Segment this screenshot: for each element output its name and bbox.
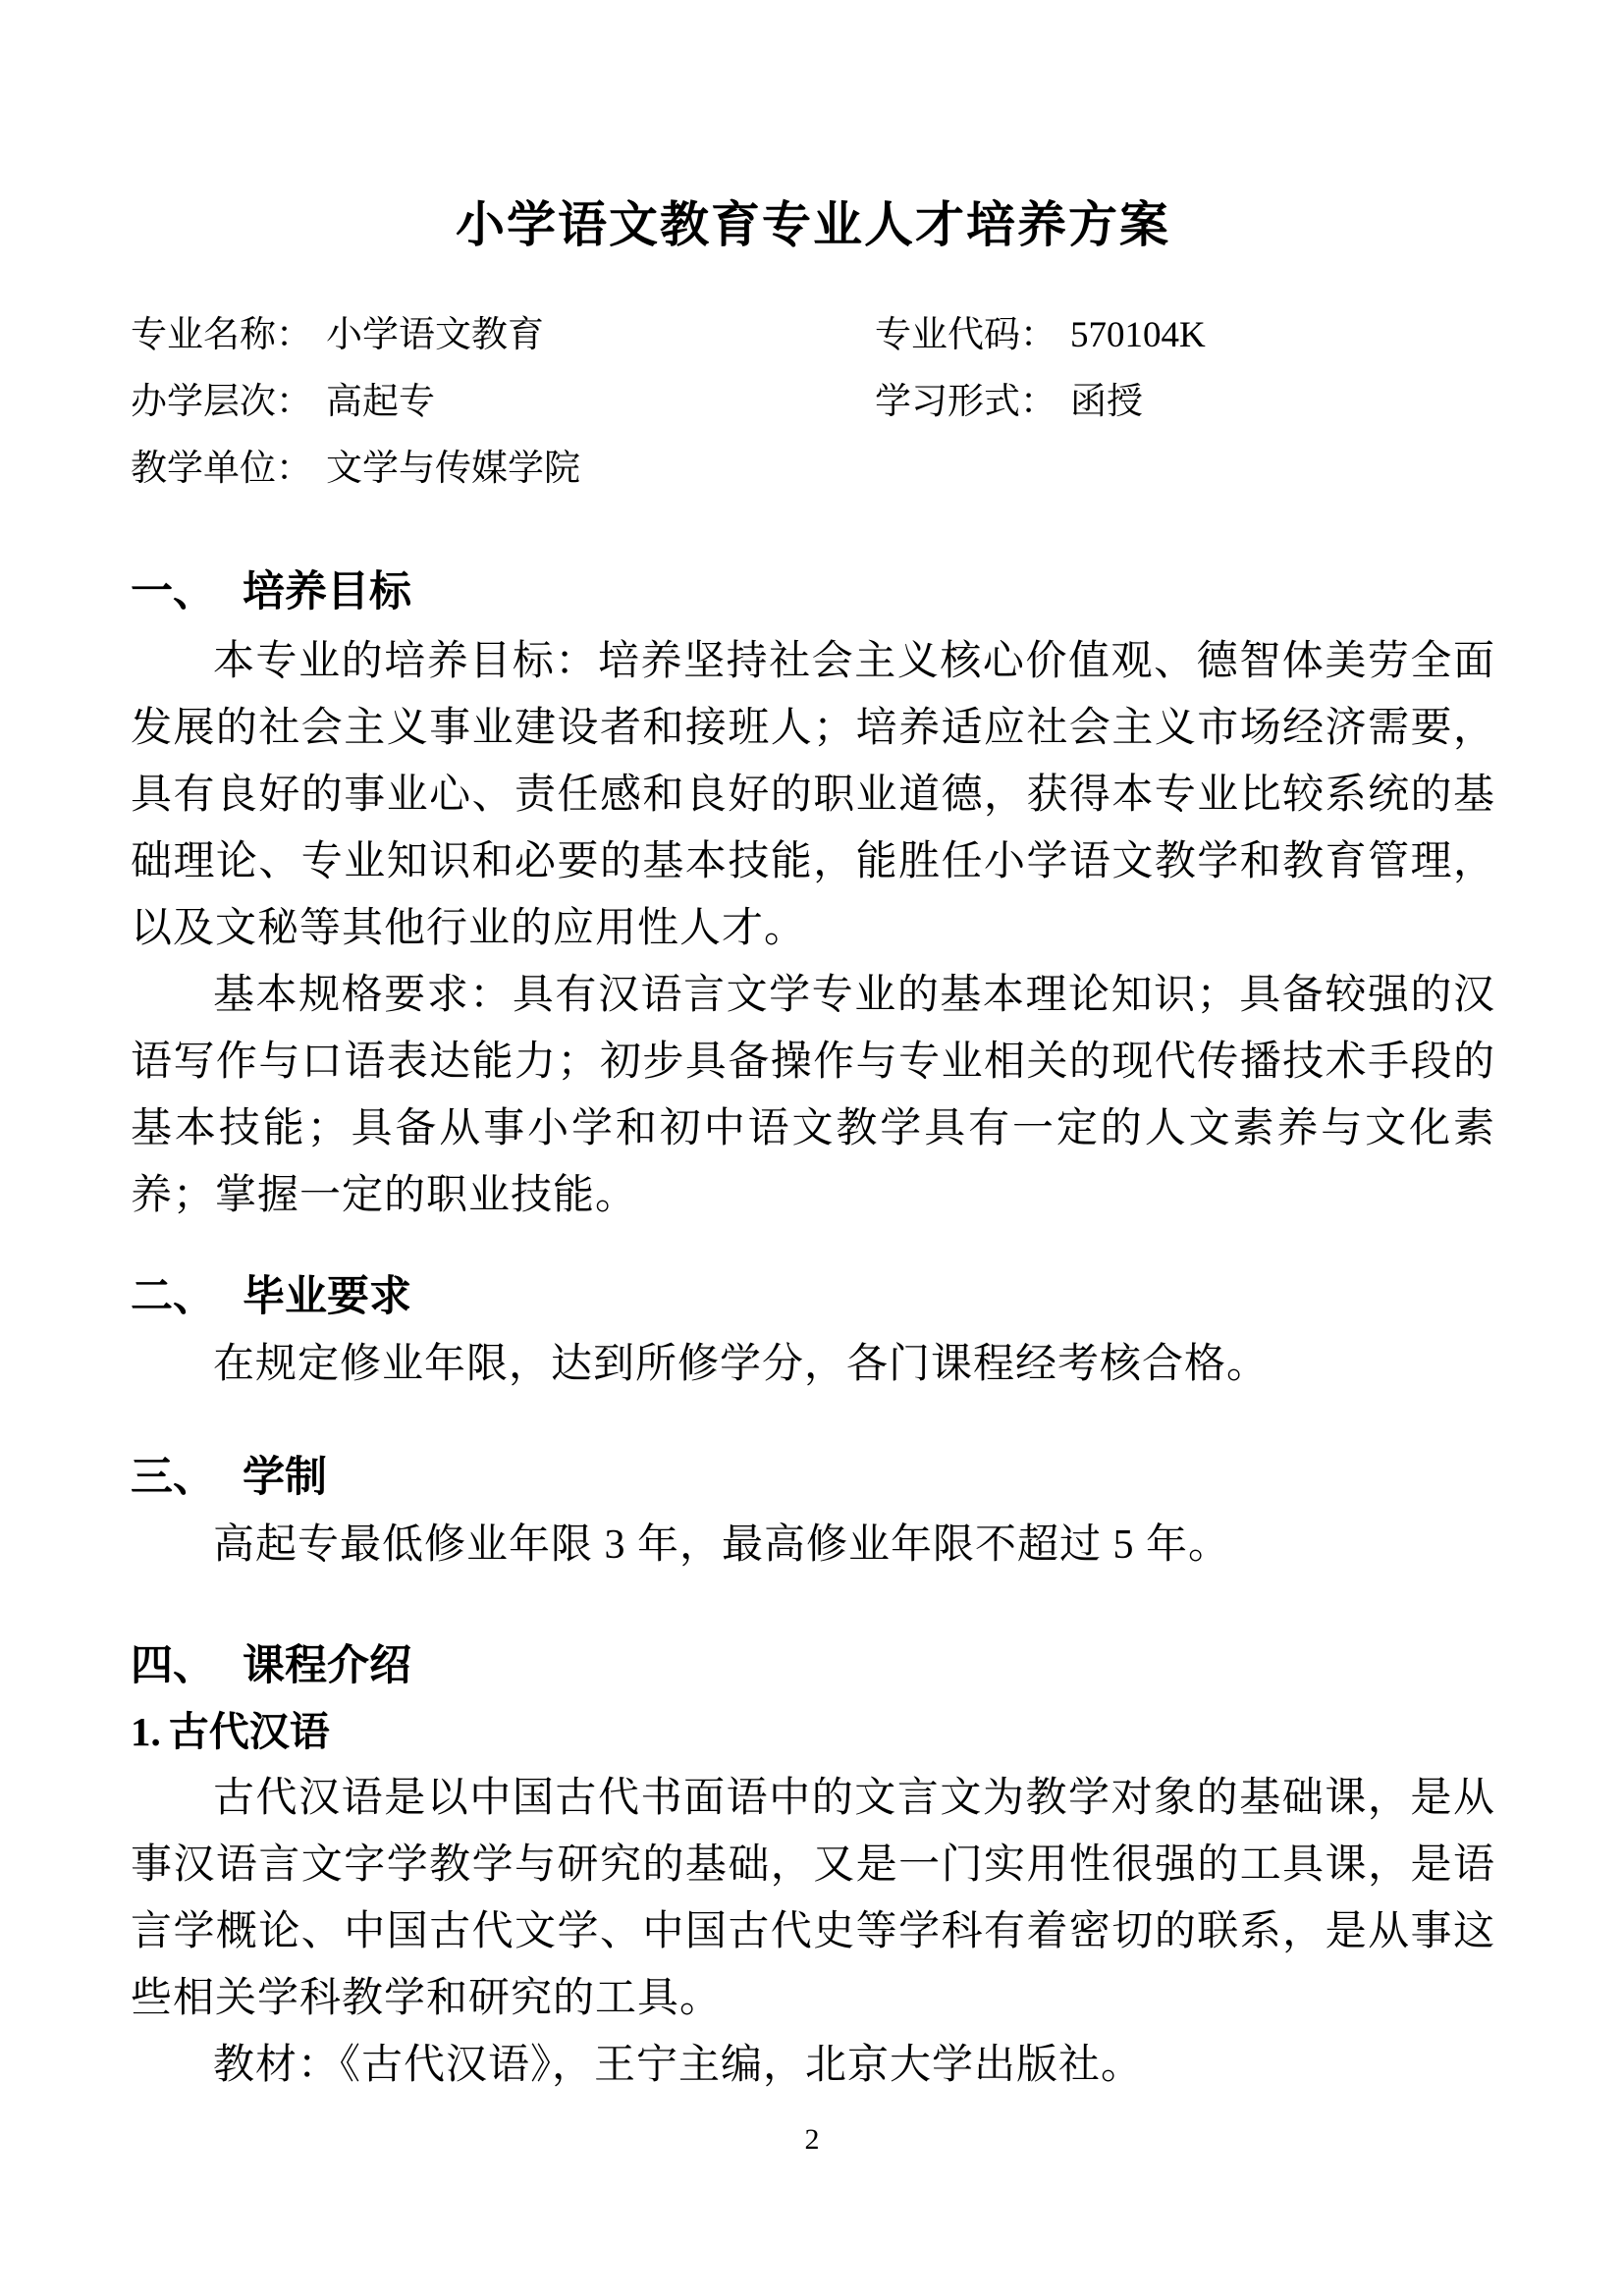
- training-objectives-paragraph-1: 本专业的培养目标：培养坚持社会主义核心价值观、德智体美劳全面发展的社会主义事业建…: [131, 628, 1495, 962]
- section-title: 学制: [243, 1454, 327, 1501]
- section-number: 一、: [131, 568, 215, 615]
- meta-level-value: 高起专: [326, 382, 435, 422]
- document-content: 小学语文教育专业人才培养方案 专业名称：小学语文教育 专业代码：570104K …: [131, 0, 1495, 2099]
- course-number: 1.: [131, 1709, 161, 1754]
- meta-level: 办学层次：高起专: [131, 369, 875, 436]
- section-title: 培养目标: [243, 568, 411, 615]
- meta-major-name-label: 专业名称：: [131, 315, 312, 355]
- section-title: 课程介绍: [243, 1642, 411, 1689]
- section-number: 三、: [131, 1454, 215, 1501]
- meta-row-3: 教学单位：文学与传媒学院: [131, 436, 1495, 503]
- meta-level-label: 办学层次：: [131, 382, 312, 422]
- section-number: 四、: [131, 1642, 215, 1689]
- meta-study-form-label: 学习形式：: [875, 382, 1056, 422]
- section-heading-graduation-requirements: 二、毕业要求: [131, 1268, 1495, 1325]
- section-heading-training-objectives: 一、培养目标: [131, 563, 1495, 620]
- page-number: 2: [0, 2120, 1624, 2160]
- meta-major-code-label: 专业代码：: [875, 315, 1056, 355]
- meta-teaching-unit-value: 文学与传媒学院: [326, 449, 580, 489]
- meta-block: 专业名称：小学语文教育 专业代码：570104K 办学层次：高起专 学习形式：函…: [131, 302, 1495, 503]
- training-objectives-paragraph-2: 基本规格要求：具有汉语言文学专业的基本理论知识；具备较强的汉语写作与口语表达能力…: [131, 962, 1495, 1229]
- document-title: 小学语文教育专业人才培养方案: [131, 194, 1495, 255]
- meta-major-code-value: 570104K: [1070, 315, 1206, 355]
- section-number: 二、: [131, 1273, 215, 1320]
- meta-major-code: 专业代码：570104K: [875, 302, 1206, 369]
- course-textbook-line: 教材：《古代汉语》，王宁主编，北京大学出版社。: [131, 2032, 1495, 2099]
- schooling-length-paragraph: 高起专最低修业年限 3 年，最高修业年限不超过 5 年。: [131, 1512, 1495, 1578]
- meta-study-form: 学习形式：函授: [875, 369, 1143, 436]
- section-heading-course-introduction: 四、课程介绍: [131, 1637, 1495, 1694]
- meta-major-name: 专业名称：小学语文教育: [131, 302, 875, 369]
- meta-study-form-value: 函授: [1070, 382, 1143, 422]
- meta-major-name-value: 小学语文教育: [326, 315, 544, 355]
- course-description-paragraph: 古代汉语是以中国古代书面语中的文言文为教学对象的基础课，是从事汉语言文字学教学与…: [131, 1765, 1495, 2032]
- document-page: 小学语文教育专业人才培养方案 专业名称：小学语文教育 专业代码：570104K …: [0, 0, 1624, 2296]
- graduation-requirements-paragraph: 在规定修业年限，达到所修学分，各门课程经考核合格。: [131, 1331, 1495, 1398]
- section-heading-schooling-length: 三、学制: [131, 1449, 1495, 1506]
- course-title-ancient-chinese: 1.古代汉语: [131, 1704, 1495, 1759]
- meta-row-2: 办学层次：高起专 学习形式：函授: [131, 369, 1495, 436]
- course-name: 古代汉语: [169, 1709, 330, 1754]
- section-title: 毕业要求: [243, 1273, 411, 1320]
- meta-teaching-unit: 教学单位：文学与传媒学院: [131, 436, 875, 503]
- meta-teaching-unit-label: 教学单位：: [131, 449, 312, 489]
- meta-row-1: 专业名称：小学语文教育 专业代码：570104K: [131, 302, 1495, 369]
